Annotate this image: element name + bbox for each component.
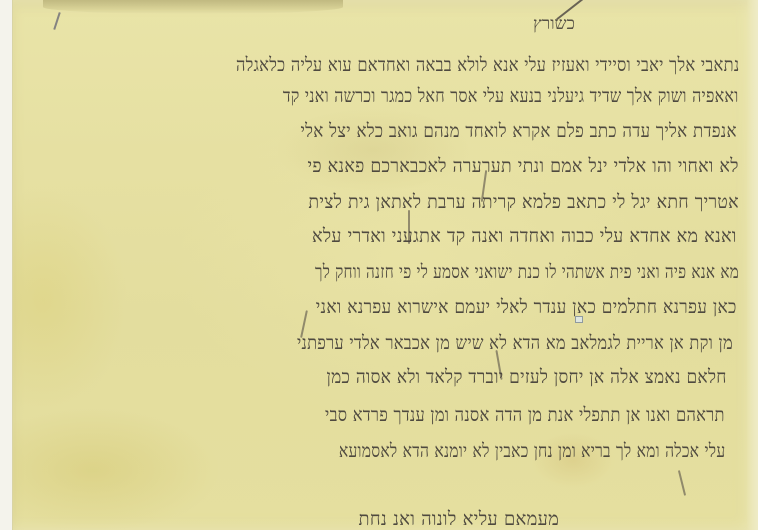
stain bbox=[43, 0, 343, 14]
ink-stroke bbox=[678, 470, 686, 496]
parchment-edge bbox=[747, 0, 758, 530]
text-line-1: נתאבי אלך יאבי וסיידי ואעזיז עלי אנא לול… bbox=[236, 54, 739, 77]
text-line-10: חלאם נאמצ אלה אן יחסן לעזים יוברד קלאד ו… bbox=[327, 366, 727, 389]
margin-mark bbox=[53, 12, 60, 30]
text-line-11: תראהם ואנו אן תתפלי אנת מן הדה אסנה ומן … bbox=[325, 404, 725, 427]
text-line-2: ואאפיה ושוק אלך שדיד גיעלני בנעא עלי אסר… bbox=[283, 85, 739, 108]
text-line-7: מא אנא פיה ואני פית אשתהי לו כנת ישואני … bbox=[315, 261, 739, 284]
ink-stroke bbox=[408, 210, 410, 244]
letter-heading: כשורץ bbox=[533, 14, 575, 34]
parchment-sheet: כשורץ נתאבי אלך יאבי וסיידי ואעזיז עלי א… bbox=[12, 0, 758, 530]
manuscript-photo: כשורץ נתאבי אלך יאבי וסיידי ואעזיז עלי א… bbox=[0, 0, 758, 530]
text-line-6: ואנא מא אחדא עלי כבוה ואחדה ואנה קד אתגע… bbox=[312, 225, 737, 248]
paper-spot bbox=[575, 316, 583, 323]
text-line-4: לא ואחוי והו אלדי ינל אמם ונתי תערערה לא… bbox=[308, 155, 739, 178]
text-line-9: מן וקת אן אריית לגמלאב מא הדא לא שיש מן … bbox=[297, 332, 733, 355]
text-line-5: אטריך חתא יגל לי כתאב פלמא קריתה ערבת לא… bbox=[309, 191, 739, 214]
text-line-3: אנפדת אליך עדה כתב פלם אקרא לואחד מנהם ג… bbox=[301, 120, 737, 143]
text-line-8: כאן עפרנא חתלמים כאן ענדר לאלי יעמם אישר… bbox=[316, 296, 737, 319]
text-line-12: עלי אכלה ומא לך בריא ומן נחן כאבין לא יו… bbox=[338, 440, 725, 463]
text-line-13: מעמאם עליא לונוה ואנ נחת bbox=[358, 508, 559, 530]
